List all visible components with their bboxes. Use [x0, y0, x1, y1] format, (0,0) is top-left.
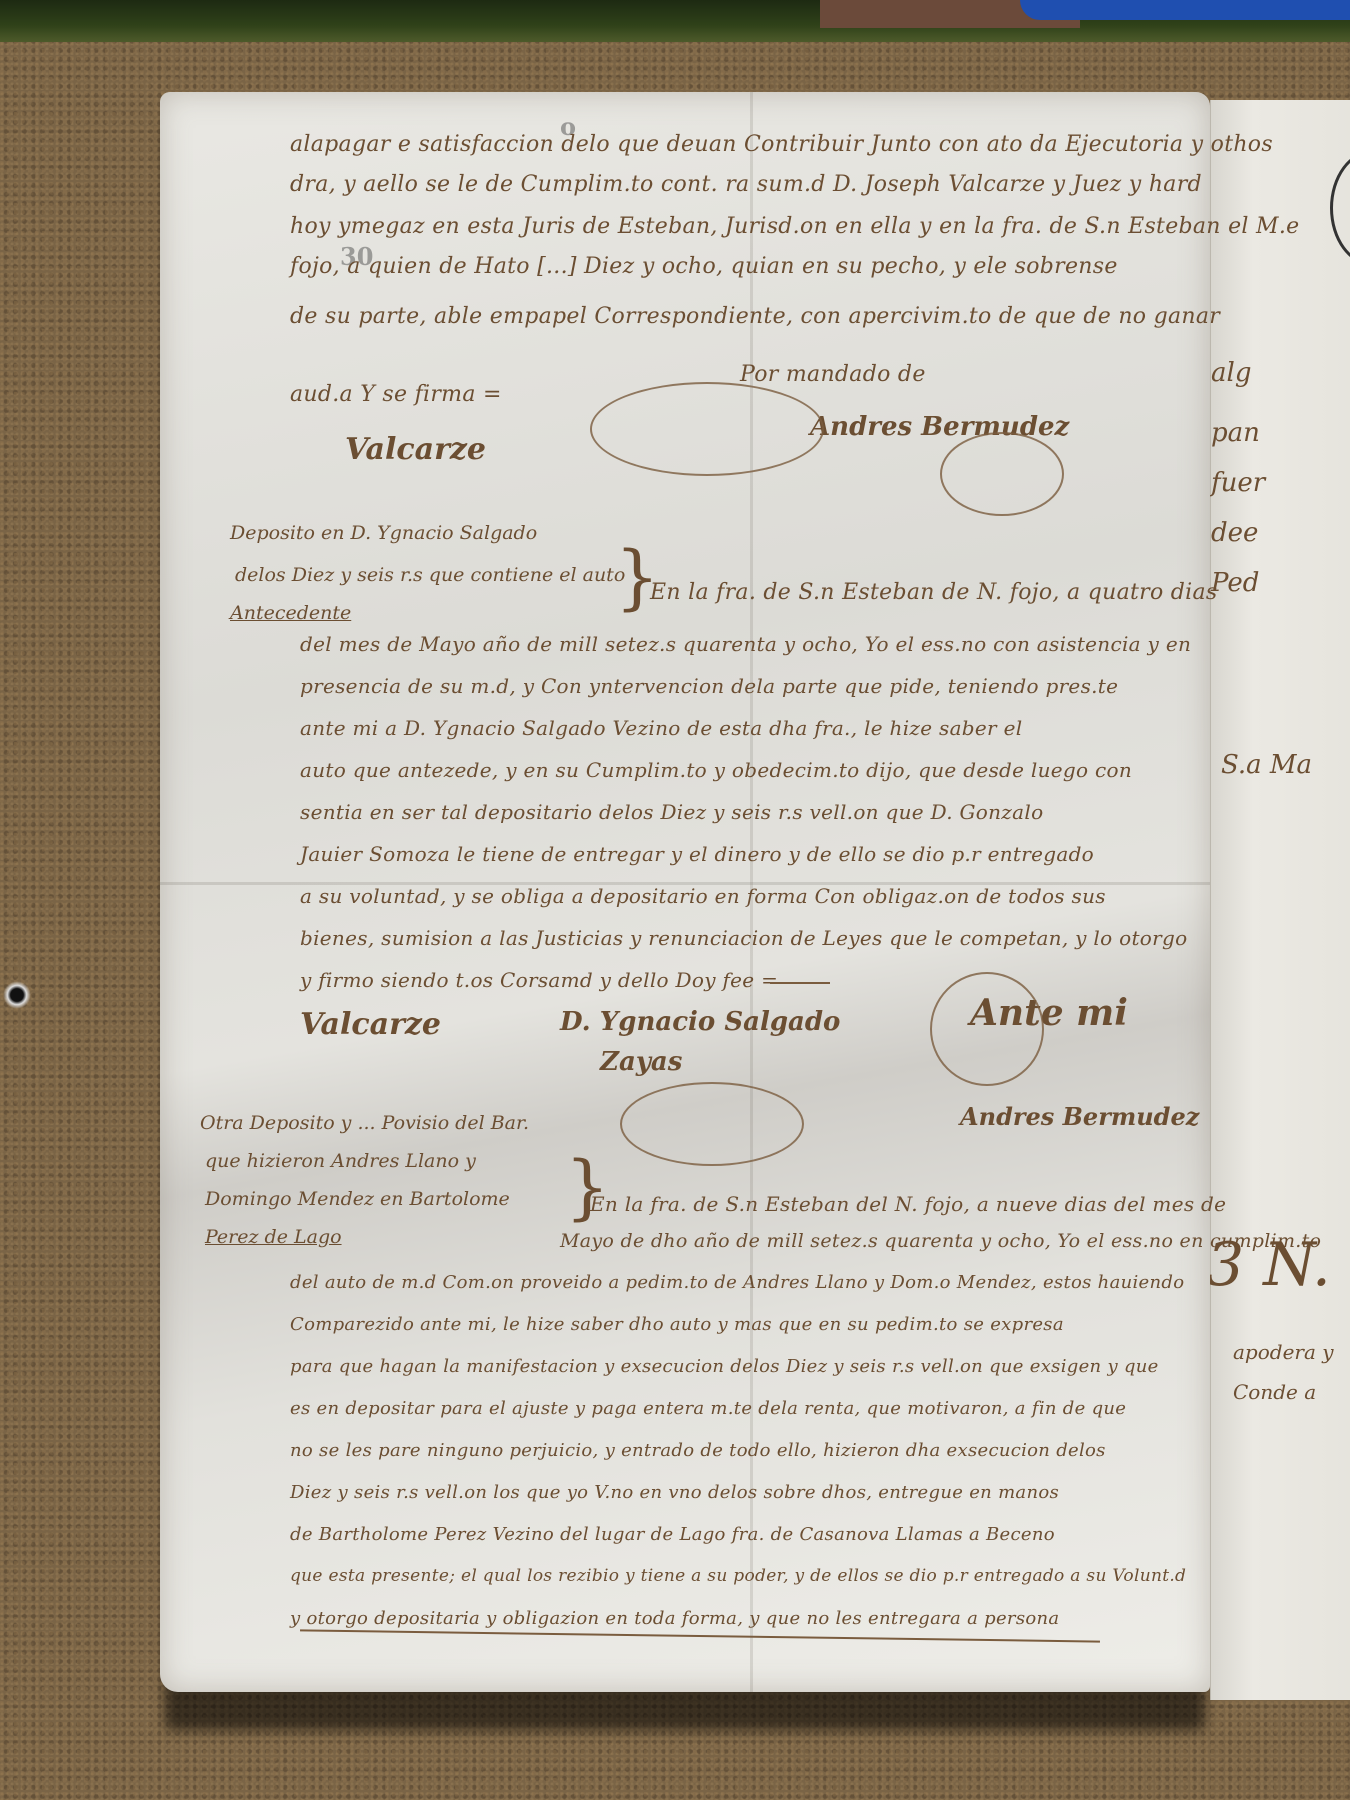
text-line: del auto de m.d Com.on proveido a pedim.… — [290, 1272, 1184, 1293]
text-line: Jauier Somoza le tiene de entregar y el … — [300, 842, 1094, 866]
facing-text: alg — [1211, 358, 1251, 388]
signature-zayas: Zayas — [600, 1047, 682, 1077]
text-line: de su parte, able empapel Correspondient… — [290, 304, 1220, 329]
text-line: no se les pare ninguno perjuicio, y entr… — [290, 1440, 1106, 1461]
text-line: a su voluntad, y se obliga a depositario… — [300, 884, 1106, 908]
text-line: sentia en ser tal depositario delos Diez… — [300, 800, 1043, 824]
text-line: que esta presente; el qual los rezibio y… — [290, 1566, 1186, 1586]
text-line: Comparezido ante mi, le hize saber dho a… — [290, 1314, 1064, 1335]
signature-flourish — [940, 432, 1064, 516]
signature-flourish — [620, 1082, 804, 1166]
signature-flourish — [590, 382, 824, 476]
facing-text: fuer — [1211, 468, 1265, 498]
text-line: aud.a Y se firma = — [290, 382, 502, 407]
signature-bermudez: Andres Bermudez — [960, 1102, 1199, 1131]
facing-text: Conde a — [1233, 1380, 1316, 1404]
signature-valcarze: Valcarze — [300, 1007, 441, 1042]
margin-note: delos Diez y seis r.s que contiene el au… — [235, 564, 625, 586]
margin-note: Otra Deposito y ... Povisio del Bar. — [200, 1112, 529, 1134]
text-line: para que hagan la manifestacion y exsecu… — [290, 1356, 1159, 1377]
text-line: En la fra. de S.n Esteban del N. fojo, a… — [590, 1192, 1226, 1216]
text-line: de Bartholome Perez Vezino del lugar de … — [290, 1524, 1055, 1545]
margin-note: Domingo Mendez en Bartolome — [205, 1188, 510, 1210]
signature-flourish — [930, 972, 1044, 1086]
text-line: presencia de su m.d, y Con yntervencion … — [300, 674, 1118, 698]
text-line: y firmo siendo t.os Corsamd y dello Doy … — [300, 968, 778, 992]
text-line: Diez y seis r.s vell.on los que yo V.no … — [290, 1482, 1059, 1503]
blue-object — [1020, 0, 1350, 20]
margin-note: Deposito en D. Ygnacio Salgado — [230, 522, 537, 544]
signature-salgado: D. Ygnacio Salgado — [560, 1007, 840, 1037]
facing-text: dee — [1211, 518, 1258, 548]
signature-caption: Por mandado de — [740, 362, 926, 387]
signature-valcarze: Valcarze — [345, 432, 486, 467]
text-line: Mayo de dho año de mill setez.s quarenta… — [560, 1230, 1321, 1252]
facing-text: Ped — [1211, 568, 1259, 598]
text-line: y otorgo depositaria y obligazion en tod… — [290, 1608, 1059, 1629]
ink-rule — [300, 1629, 1100, 1642]
margin-note: Antecedente — [230, 602, 351, 624]
text-line: bienes, sumision a las Justicias y renun… — [300, 926, 1187, 950]
margin-note: que hizieron Andres Llano y — [205, 1150, 476, 1172]
text-line: En la fra. de S.n Esteban de N. fojo, a … — [650, 580, 1218, 605]
text-line: ante mi a D. Ygnacio Salgado Vezino de e… — [300, 716, 1022, 740]
ink-rule — [770, 982, 830, 984]
facing-text: S.a Ma — [1221, 750, 1312, 780]
margin-note: Perez de Lago — [205, 1226, 342, 1248]
pushpin-icon — [2, 980, 32, 1010]
text-line: fojo, a quien de Hato [...] Diez y ocho,… — [290, 254, 1118, 279]
facing-page: alg pan fuer dee Ped S.a Ma apodera y Co… — [1210, 100, 1350, 1700]
facing-text: pan — [1211, 418, 1260, 448]
text-line: dra, y aello se le de Cumplim.to cont. r… — [290, 172, 1202, 197]
text-line: hoy ymegaz en esta Juris de Esteban, Jur… — [290, 214, 1299, 239]
text-line: es en depositar para el ajuste y paga en… — [290, 1398, 1126, 1419]
manuscript-page: 30 o alapagar e satisfaccion delo que de… — [160, 92, 1210, 1692]
text-line: del mes de Mayo año de mill setez.s quar… — [300, 632, 1191, 656]
text-line: alapagar e satisfaccion delo que deuan C… — [290, 132, 1273, 157]
text-line: auto que antezede, y en su Cumplim.to y … — [300, 758, 1132, 782]
facing-text: apodera y — [1233, 1340, 1334, 1364]
